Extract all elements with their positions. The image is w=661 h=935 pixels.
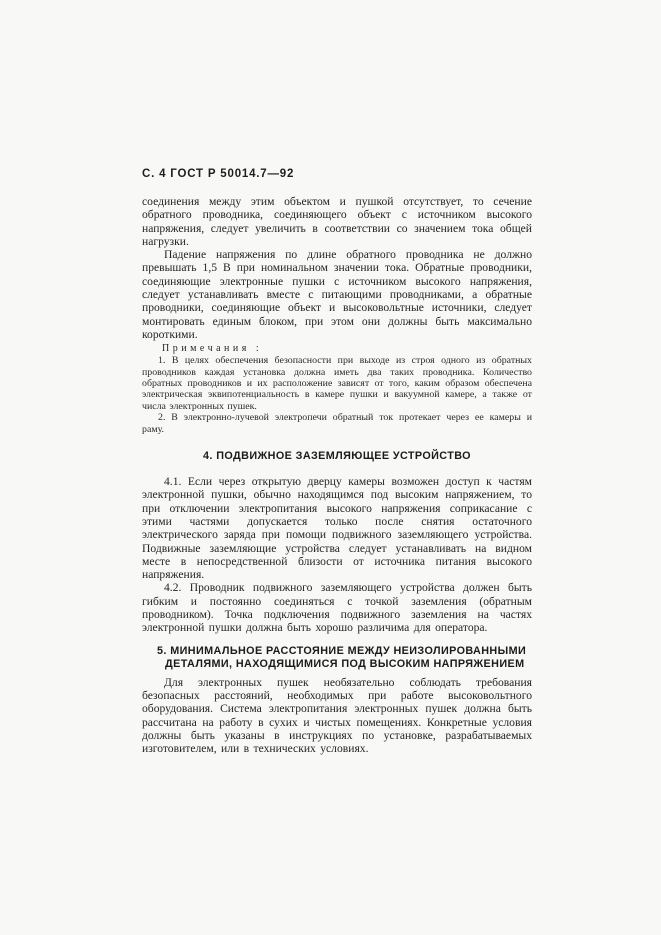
note-item-1: 1. В целях обеспечения безопасности при … — [142, 355, 532, 412]
section-5-heading: 5. МИНИМАЛЬНОЕ РАССТОЯНИЕ МЕЖДУ НЕИЗОЛИР… — [142, 645, 532, 672]
notes-label: Примечания : — [142, 343, 532, 355]
note-item-2: 2. В электронно-лучевой электропечи обра… — [142, 412, 532, 435]
scanned-document-page: С. 4 ГОСТ Р 50014.7—92 соединения между … — [0, 0, 661, 935]
paragraph-continued-from-previous-page: соединения между этим объектом и пушкой … — [142, 195, 532, 248]
section-5-heading-line-1: 5. МИНИМАЛЬНОЕ РАССТОЯНИЕ МЕЖДУ НЕИЗОЛИР… — [157, 645, 532, 659]
text-column: С. 4 ГОСТ Р 50014.7—92 соединения между … — [142, 168, 532, 755]
section-4-heading: 4. ПОДВИЖНОЕ ЗАЗЕМЛЯЮЩЕЕ УСТРОЙСТВО — [142, 450, 532, 462]
section-5-body-paragraph: Для электронных пушек необязательно собл… — [142, 676, 532, 756]
clause-4-1-paragraph: 4.1. Если через открытую дверцу камеры в… — [142, 475, 532, 581]
notes-block: Примечания : 1. В целях обеспечения безо… — [142, 343, 532, 435]
page-header-gost-number: С. 4 ГОСТ Р 50014.7—92 — [142, 168, 532, 180]
clause-4-2-paragraph: 4.2. Проводник подвижного заземляющего у… — [142, 581, 532, 634]
paragraph-voltage-drop: Падение напряжения по длине обратного пр… — [142, 248, 532, 341]
section-5-heading-line-2: ДЕТАЛЯМИ, НАХОДЯЩИМИСЯ ПОД ВЫСОКИМ НАПРЯ… — [157, 658, 532, 672]
